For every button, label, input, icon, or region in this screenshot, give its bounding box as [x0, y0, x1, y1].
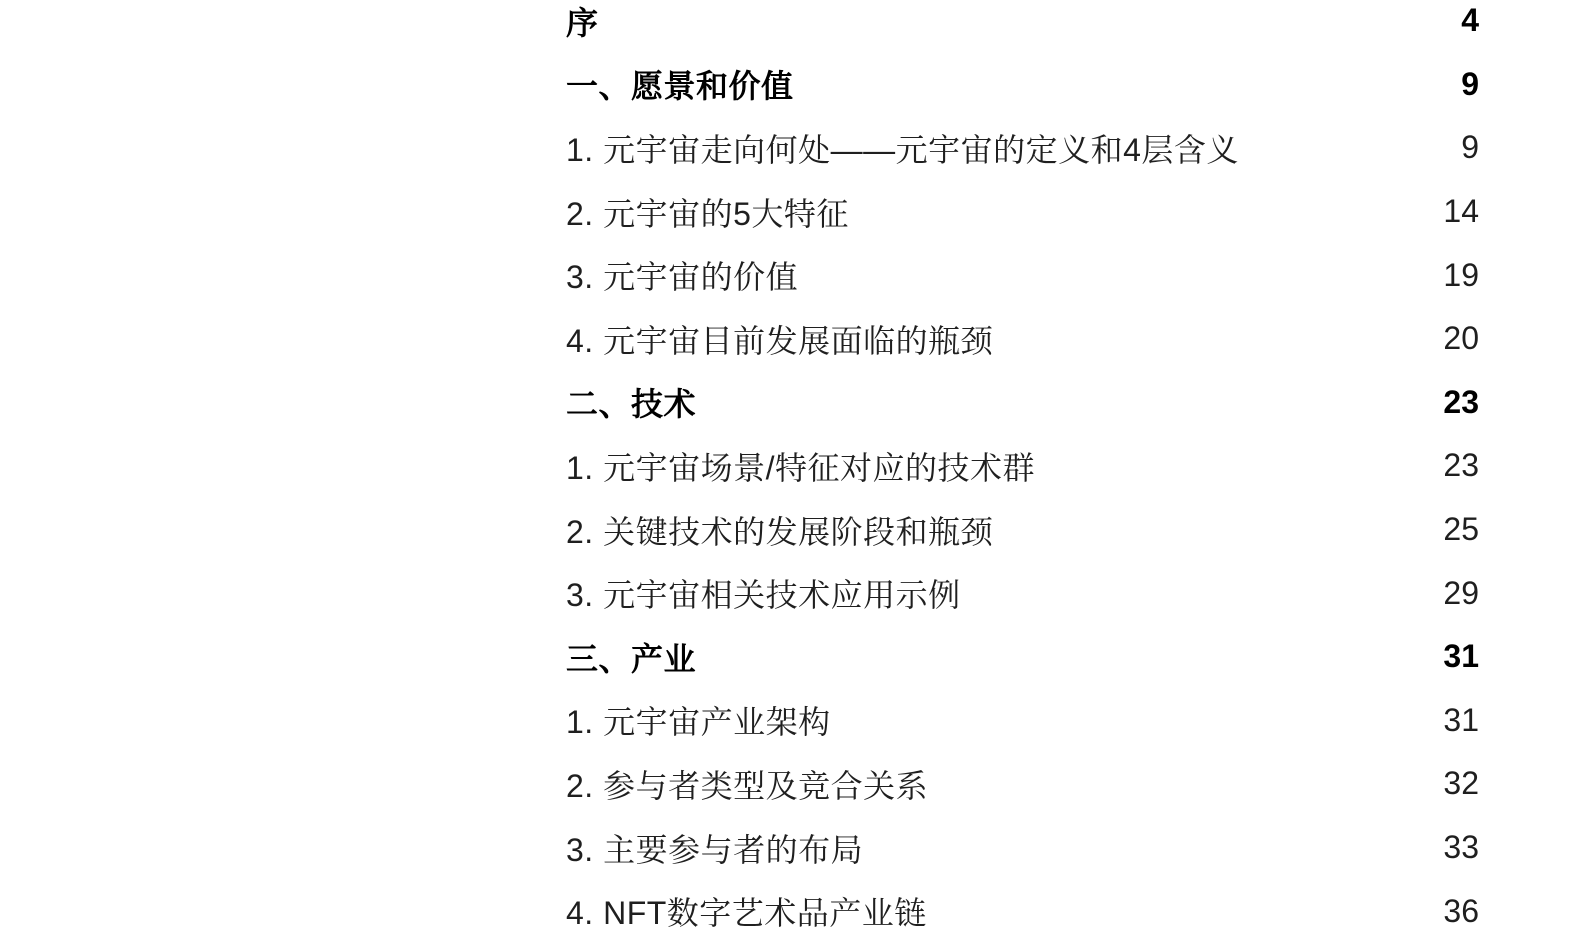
- toc-entry-page: 9: [1419, 66, 1479, 103]
- toc-entry-page: 19: [1419, 257, 1479, 294]
- toc-section-preface[interactable]: 序 4: [566, 0, 1479, 53]
- toc-entry-page: 14: [1419, 193, 1479, 230]
- toc-item[interactable]: 4. NFT数字艺术品产业链 36: [566, 879, 1479, 943]
- toc-section-vision-value[interactable]: 一、愿景和价值 9: [566, 53, 1479, 117]
- toc-item[interactable]: 3. 主要参与者的布局 33: [566, 816, 1479, 880]
- toc-item[interactable]: 2. 参与者类型及竞合关系 32: [566, 752, 1479, 816]
- toc-section-technology[interactable]: 二、技术 23: [566, 371, 1479, 435]
- toc-item[interactable]: 3. 元宇宙的价值 19: [566, 243, 1479, 307]
- toc-item[interactable]: 1. 元宇宙场景/特征对应的技术群 23: [566, 434, 1479, 498]
- toc-entry-title: 三、产业: [566, 634, 696, 680]
- toc-item[interactable]: 3. 元宇宙相关技术应用示例 29: [566, 561, 1479, 625]
- toc-entry-page: 33: [1419, 829, 1479, 866]
- toc-entry-page: 32: [1419, 765, 1479, 802]
- table-of-contents: 序 4 一、愿景和价值 9 1. 元宇宙走向何处——元宇宙的定义和4层含义 9 …: [566, 0, 1479, 943]
- toc-entry-title: 4. 元宇宙目前发展面临的瓶颈: [566, 316, 993, 362]
- toc-entry-title: 3. 元宇宙相关技术应用示例: [566, 570, 961, 616]
- toc-entry-page: 20: [1419, 320, 1479, 357]
- toc-item[interactable]: 2. 元宇宙的5大特征 14: [566, 180, 1479, 244]
- toc-entry-title: 2. 元宇宙的5大特征: [566, 189, 849, 235]
- toc-item[interactable]: 1. 元宇宙走向何处——元宇宙的定义和4层含义 9: [566, 116, 1479, 180]
- toc-entry-page: 23: [1419, 447, 1479, 484]
- toc-item[interactable]: 4. 元宇宙目前发展面临的瓶颈 20: [566, 307, 1479, 371]
- toc-entry-title: 二、技术: [566, 379, 696, 425]
- toc-entry-page: 25: [1419, 511, 1479, 548]
- toc-entry-title: 1. 元宇宙场景/特征对应的技术群: [566, 443, 1035, 489]
- toc-entry-page: 23: [1419, 384, 1479, 421]
- toc-entry-title: 1. 元宇宙走向何处——元宇宙的定义和4层含义: [566, 125, 1239, 171]
- toc-entry-page: 9: [1419, 129, 1479, 166]
- toc-entry-title: 序: [566, 0, 599, 44]
- toc-entry-title: 2. 关键技术的发展阶段和瓶颈: [566, 507, 993, 553]
- toc-entry-title: 1. 元宇宙产业架构: [566, 697, 831, 743]
- toc-entry-title: 2. 参与者类型及竞合关系: [566, 761, 928, 807]
- toc-entry-page: 31: [1419, 702, 1479, 739]
- toc-section-industry[interactable]: 三、产业 31: [566, 625, 1479, 689]
- toc-entry-page: 29: [1419, 575, 1479, 612]
- toc-entry-page: 4: [1419, 2, 1479, 39]
- toc-entry-title: 3. 元宇宙的价值: [566, 252, 798, 298]
- toc-item[interactable]: 1. 元宇宙产业架构 31: [566, 689, 1479, 753]
- toc-entry-page: 31: [1419, 638, 1479, 675]
- toc-entry-title: 3. 主要参与者的布局: [566, 825, 863, 871]
- toc-entry-page: 36: [1419, 893, 1479, 930]
- toc-entry-title: 一、愿景和价值: [566, 61, 794, 107]
- toc-entry-title: 4. NFT数字艺术品产业链: [566, 888, 927, 934]
- toc-item[interactable]: 2. 关键技术的发展阶段和瓶颈 25: [566, 498, 1479, 562]
